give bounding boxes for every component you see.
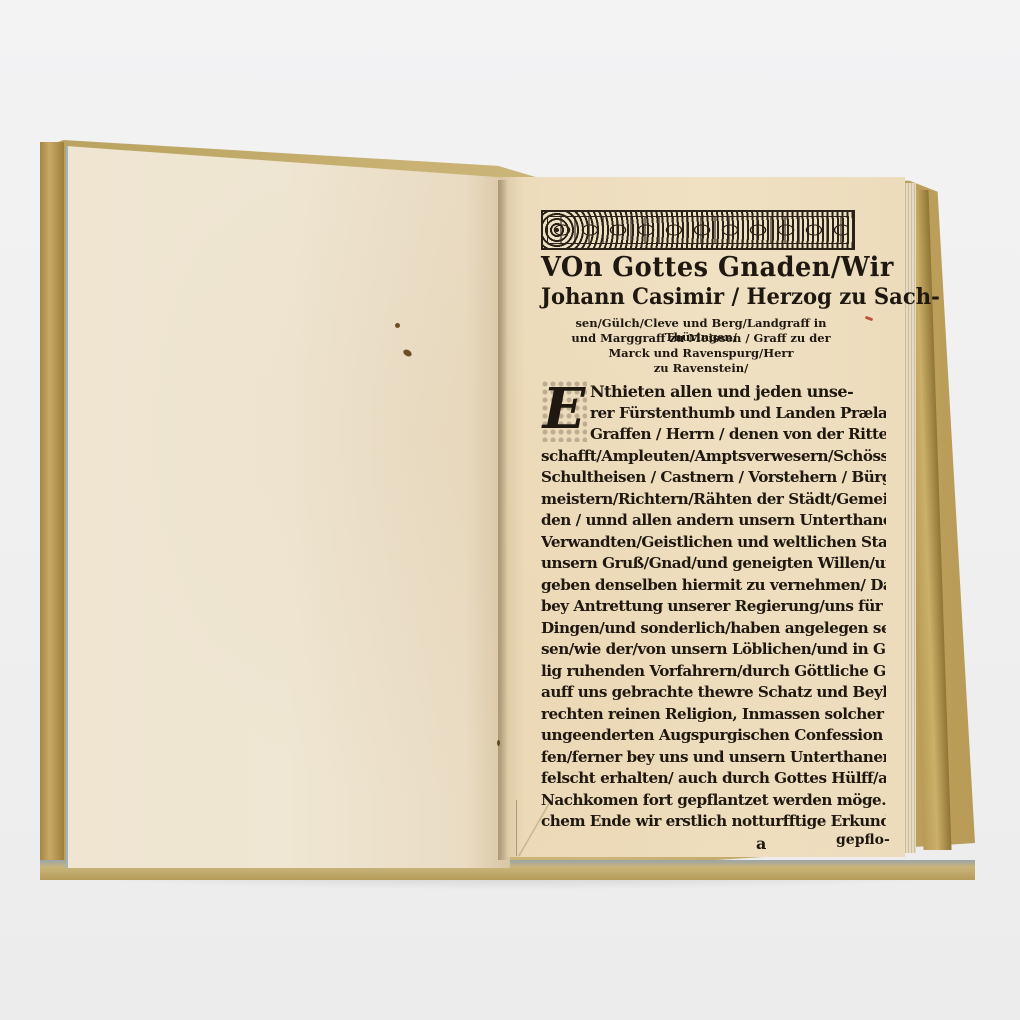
drop-cap: E — [541, 380, 587, 442]
body-line: fen/ferner bey uns und unsern Unterthane… — [541, 748, 886, 766]
body-line: bey Antrettung unserer Regierung/uns für… — [541, 597, 886, 615]
body-line: Dingen/und sonderlich/haben angelegen se… — [541, 619, 886, 637]
body-line: felscht erhalten/ auch durch Gottes Hülf… — [541, 769, 886, 787]
body-line: Nachkomen fort gepflantzet werden möge. … — [541, 791, 886, 809]
body-line: rer Fürstenthumb und Landen Prælaten, — [590, 404, 886, 422]
body-line: lig ruhenden Vorfahrern/durch Göttliche … — [541, 662, 886, 680]
body-line: Graffen / Herrn / denen von der Ritter- — [590, 425, 886, 443]
left-page-blank — [66, 146, 510, 868]
body-line: rechten reinen Religion, Inmassen solche… — [541, 705, 886, 723]
book-gutter — [498, 180, 508, 860]
body-line: den / unnd allen andern unsern Unterthan… — [541, 511, 886, 529]
subtitle-line-3: Marck und Ravenspurg/Herr — [541, 346, 861, 360]
catchword: gepflo- — [836, 832, 890, 848]
body-line: auff uns gebrachte thewre Schatz und Bey… — [541, 683, 886, 701]
body-line: meistern/Richtern/Rähten der Städt/Gemei… — [541, 490, 886, 508]
header-ornament — [541, 210, 855, 250]
body-line: sen/wie der/von unsern Löblichen/und in … — [541, 640, 886, 658]
subtitle-line-2: und Marggraff zu Meissen / Graff zu der — [541, 331, 861, 345]
body-line: geben denselben hiermit zu vernehmen/ Da… — [541, 576, 886, 594]
body-line: ungeenderten Augspurgischen Confession b… — [541, 726, 886, 744]
body-line: unsern Gruß/Gnad/und geneigten Willen/un… — [541, 554, 886, 572]
body-line: schafft/Ampleuten/Amptsverwesern/Schösse… — [541, 447, 886, 465]
body-line: Verwandten/Geistlichen und weltlichen St… — [541, 533, 886, 551]
body-line: Nthieten allen und jeden unse- — [590, 382, 886, 401]
subtitle-line-4: zu Ravenstein/ — [541, 361, 861, 375]
left-cover-edge — [40, 142, 64, 880]
body-line: chem Ende wir erstlich notturfftige Erku… — [541, 812, 886, 830]
paper-stain — [395, 323, 400, 328]
title-line-1: VOn Gottes Gnaden/Wir — [541, 252, 894, 283]
body-line: Schultheisen / Castnern / Vorstehern / B… — [541, 468, 886, 486]
title-line-2: Johann Casimir / Herzog zu Sach- — [541, 284, 940, 310]
signature-mark: a — [756, 834, 766, 853]
